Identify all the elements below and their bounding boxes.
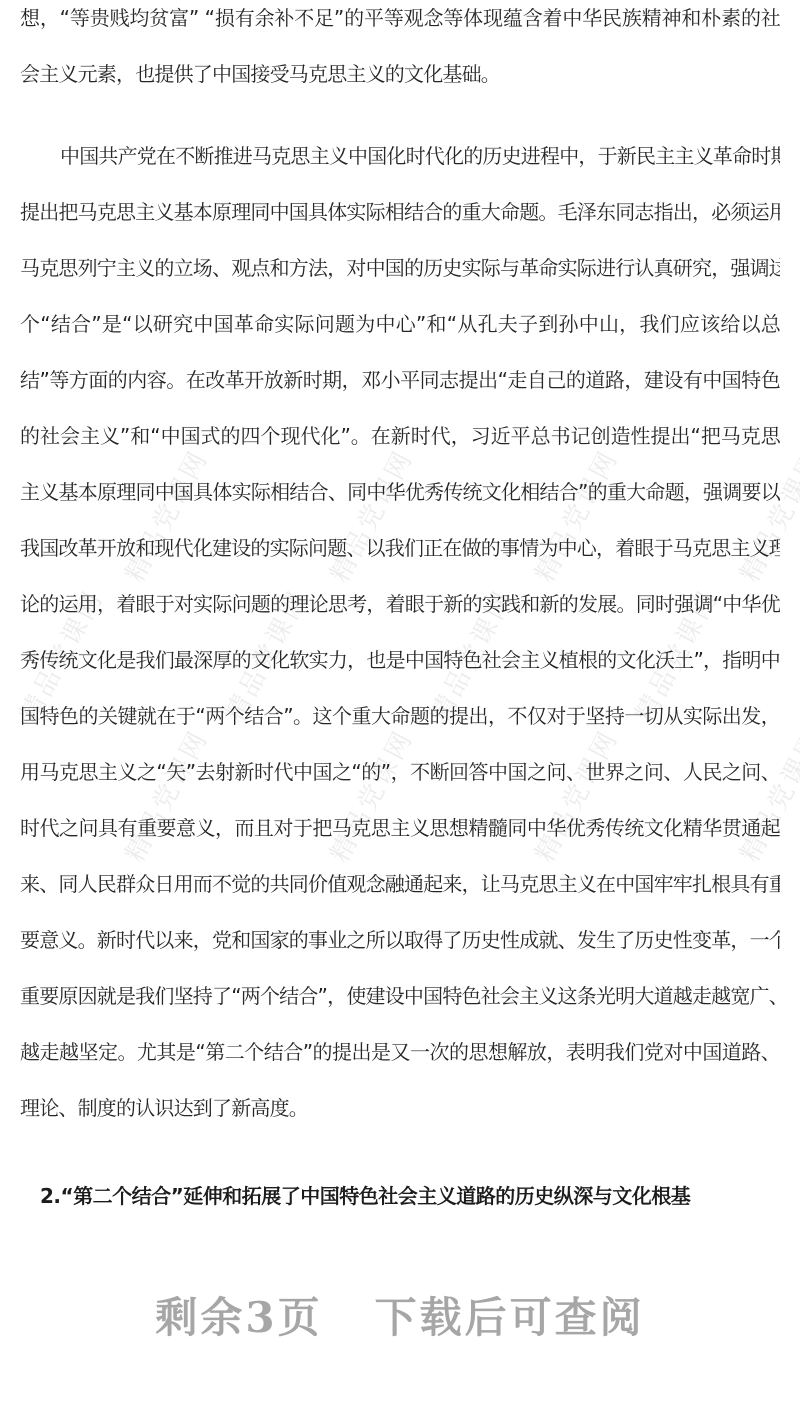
body-text-line: 的社会主义”和“中国式的四个现代化”。在新时代，习近平总书记创造性提出“把马克思 [20, 408, 780, 464]
body-text-line: 马克思列宁主义的立场、观点和方法，对中国的历史实际与革命实际进行认真研究，强调这 [20, 240, 780, 296]
section-heading: 2.“第二个结合”延伸和拓展了中国特色社会主义道路的历史纵深与文化根基 [20, 1168, 780, 1224]
body-text-line: 要意义。新时代以来，党和国家的事业之所以取得了历史性成就、发生了历史性变革，一个 [20, 912, 780, 968]
download-hint-label: 下载后可查阅 [375, 1293, 645, 1342]
body-text-line: 提出把马克思主义基本原理同中国具体实际相结合的重大命题。毛泽东同志指出，必须运用 [20, 184, 780, 240]
remaining-pages-notice: 剩余3页下载后可查阅 [0, 1288, 800, 1348]
body-text-line: 理论、制度的认识达到了新高度。 [20, 1080, 780, 1136]
body-text-line: 用马克思主义之“矢”去射新时代中国之“的”，不断回答中国之问、世界之问、人民之问… [20, 744, 780, 800]
remaining-pages-label: 剩余3页 [155, 1293, 322, 1342]
body-text-line: 想，“等贵贱均贫富” “损有余补不足”的平等观念等体现蕴含着中华民族精神和朴素的… [20, 0, 780, 46]
paragraph: 中国共产党在不断推进马克思主义中国化时代化的历史进程中，于新民主主义革命时期提出… [20, 128, 780, 1136]
body-text-line: 会主义元素，也提供了中国接受马克思主义的文化基础。 [20, 46, 780, 102]
document-page: 精品党课网精品党课网精品党课网精品党课网精品党课网精品党课网精品党课网精品党课网… [0, 0, 800, 1403]
body-text-line: 论的运用，着眼于对实际问题的理论思考，着眼于新的实践和新的发展。同时强调“中华优 [20, 576, 780, 632]
body-text-line: 来、同人民群众日用而不觉的共同价值观念融通起来，让马克思主义在中国牢牢扎根具有重 [20, 856, 780, 912]
body-text-line: 主义基本原理同中国具体实际相结合、同中华优秀传统文化相结合”的重大命题，强调要以 [20, 464, 780, 520]
paragraph: 想，“等贵贱均贫富” “损有余补不足”的平等观念等体现蕴含着中华民族精神和朴素的… [20, 0, 780, 102]
document-body: 想，“等贵贱均贫富” “损有余补不足”的平等观念等体现蕴含着中华民族精神和朴素的… [20, 0, 780, 1224]
body-text-line: 越走越坚定。尤其是“第二个结合”的提出是又一次的思想解放，表明我们党对中国道路、 [20, 1024, 780, 1080]
body-text-line: 中国共产党在不断推进马克思主义中国化时代化的历史进程中，于新民主主义革命时期 [20, 128, 780, 184]
body-text-line: 时代之问具有重要意义，而且对于把马克思主义思想精髓同中华优秀传统文化精华贯通起 [20, 800, 780, 856]
body-text-line: 结”等方面的内容。在改革开放新时期，邓小平同志提出“走自己的道路，建设有中国特色 [20, 352, 780, 408]
body-text-line: 秀传统文化是我们最深厚的文化软实力，也是中国特色社会主义植根的文化沃土”，指明中 [20, 632, 780, 688]
body-text-line: 个“结合”是“以研究中国革命实际问题为中心”和“从孔夫子到孙中山，我们应该给以总 [20, 296, 780, 352]
body-text-line: 国特色的关键就在于“两个结合”。这个重大命题的提出，不仅对于坚持一切从实际出发， [20, 688, 780, 744]
body-text-line: 重要原因就是我们坚持了“两个结合”，使建设中国特色社会主义这条光明大道越走越宽广… [20, 968, 780, 1024]
body-text-line: 我国改革开放和现代化建设的实际问题、以我们正在做的事情为中心，着眼于马克思主义理 [20, 520, 780, 576]
